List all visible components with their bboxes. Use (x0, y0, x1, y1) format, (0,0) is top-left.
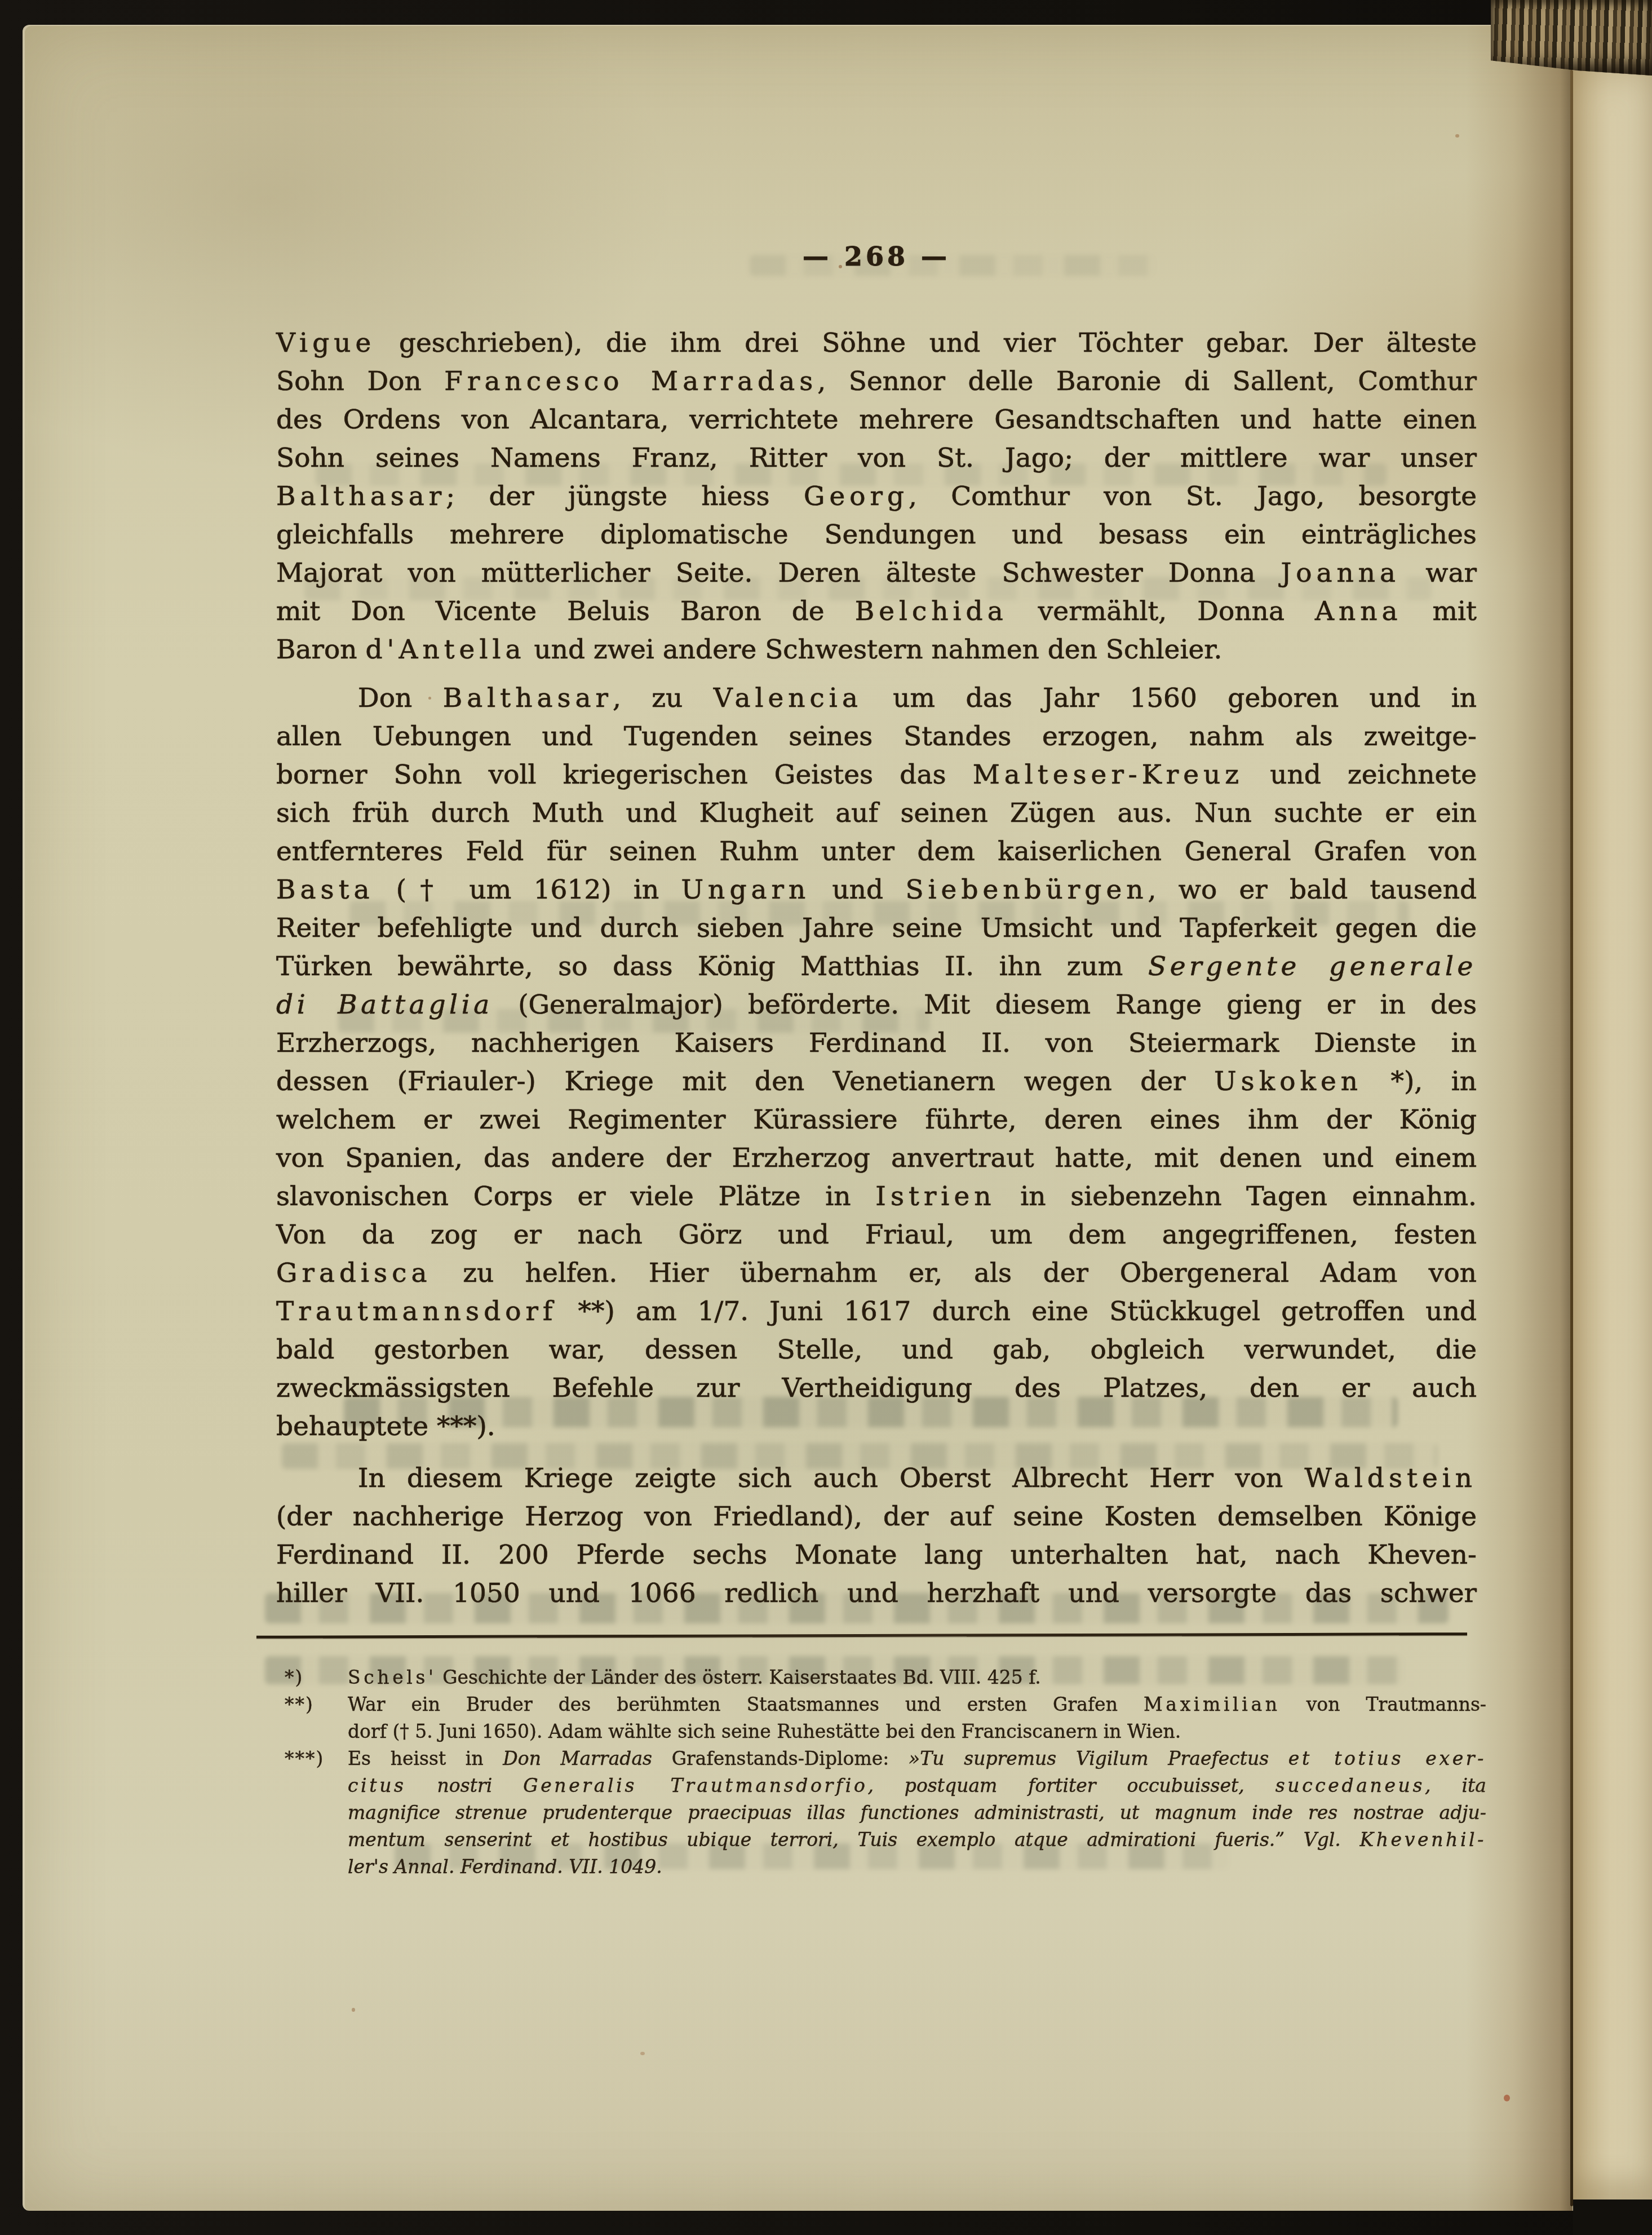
text-line: Erzherzogs, nachherigen Kaisers Ferdinan… (276, 1024, 1477, 1063)
text-line: von Spanien, das andere der Erzherzog an… (276, 1139, 1477, 1178)
text-line: In diesem Kriege zeigte sich auch Oberst… (276, 1459, 1477, 1498)
foxing-speck (1455, 134, 1459, 138)
footnote-marker: **) (285, 1691, 339, 1718)
footnote-line: mentum senserint et hostibus ubique terr… (285, 1826, 1486, 1853)
text-line: Gradisca zu helfen. Hier übernahm er, al… (276, 1254, 1477, 1293)
text-line: Sohn Don Francesco Marradas, Sennor dell… (276, 362, 1477, 401)
book-scan: — 268 — Vigue geschrieben), die ihm drei… (0, 0, 1652, 2235)
text-line: Türken bewährte, so dass König Matthias … (276, 948, 1477, 986)
body-text: Vigue geschrieben), die ihm drei Söhne u… (276, 324, 1477, 1613)
text-line: Vigue geschrieben), die ihm drei Söhne u… (276, 324, 1477, 362)
text-line: Majorat von mütterlicher Seite. Deren äl… (276, 554, 1477, 592)
page-gutter-shadow (1465, 25, 1573, 2211)
text-line: Basta († um 1612) in Ungarn und Siebenbü… (276, 871, 1477, 909)
scan-background (1573, 2199, 1652, 2235)
text-line: zweckmässigsten Befehle zur Vertheidigun… (276, 1369, 1477, 1408)
footnote-marker: ***) (285, 1745, 339, 1772)
footnote-line: *)Schels' Geschichte der Länder des öste… (285, 1664, 1486, 1691)
foxing-speck (640, 2052, 645, 2055)
text-line: mit Don Vicente Beluis Baron de Belchida… (276, 592, 1477, 631)
text-line: (der nachherige Herzog von Friedland), d… (276, 1498, 1477, 1536)
text-line: dessen (Friauler-) Kriege mit den Veneti… (276, 1063, 1477, 1101)
text-line: Don Balthasar, zu Valencia um das Jahr 1… (276, 679, 1477, 718)
text-line: slavonischen Corps er viele Plätze in Is… (276, 1178, 1477, 1216)
text-line: bald gestorben war, dessen Stelle, und g… (276, 1331, 1477, 1369)
text-line: di Battaglia (Generalmajor) beförderte. … (276, 986, 1477, 1024)
text-line: behauptete ***). (276, 1408, 1477, 1446)
text-line: allen Uebungen und Tugenden seines Stand… (276, 718, 1477, 756)
footnote-line: dorf († 5. Juni 1650). Adam wählte sich … (285, 1718, 1486, 1745)
text-line: des Ordens von Alcantara, verrichtete me… (276, 401, 1477, 439)
text-line: Von da zog er nach Görz und Friaul, um d… (276, 1216, 1477, 1254)
text-line: entfernteres Feld für seinen Ruhm unter … (276, 833, 1477, 871)
footnote-line: citus nostri Generalis Trautmansdorfio, … (285, 1772, 1486, 1799)
text-line: Baron d'Antella und zwei andere Schweste… (276, 631, 1477, 669)
footnote-line: ***)Es heisst in Don Marradas Grafenstan… (285, 1745, 1486, 1772)
text-line: sich früh durch Muth und Klugheit auf se… (276, 794, 1477, 833)
text-line: welchem er zwei Regimenter Kürassiere fü… (276, 1101, 1477, 1139)
text-line: hiller VII. 1050 und 1066 redlich und he… (276, 1574, 1477, 1613)
text-line: Trautmannsdorf **) am 1/7. Juni 1617 dur… (276, 1293, 1477, 1331)
foxing-speck (352, 2008, 355, 2012)
footnote-line: **)War ein Bruder des berühmten Staatsma… (285, 1691, 1486, 1718)
footnote-line: magnifice strenue prudenterque praecipua… (285, 1799, 1486, 1826)
footnote-marker: *) (285, 1664, 339, 1691)
adjacent-page-edge (1573, 25, 1652, 2202)
page-gutter (1570, 70, 1573, 2206)
page-number: — 268 — (276, 241, 1477, 272)
text-line: borner Sohn voll kriegerischen Geistes d… (276, 756, 1477, 794)
text-line: Sohn seines Namens Franz, Ritter von St.… (276, 439, 1477, 477)
text-line: Balthasar; der jüngste hiess Georg, Comt… (276, 477, 1477, 516)
text-line: gleichfalls mehrere diplomatische Sendun… (276, 516, 1477, 554)
text-line: Ferdinand II. 200 Pferde sechs Monate la… (276, 1536, 1477, 1574)
footnote-line: ler's Annal. Ferdinand. VII. 1049. (285, 1853, 1486, 1880)
footnotes: *)Schels' Geschichte der Länder des öste… (285, 1664, 1486, 1880)
text-line: Reiter befehligte und durch sieben Jahre… (276, 909, 1477, 948)
